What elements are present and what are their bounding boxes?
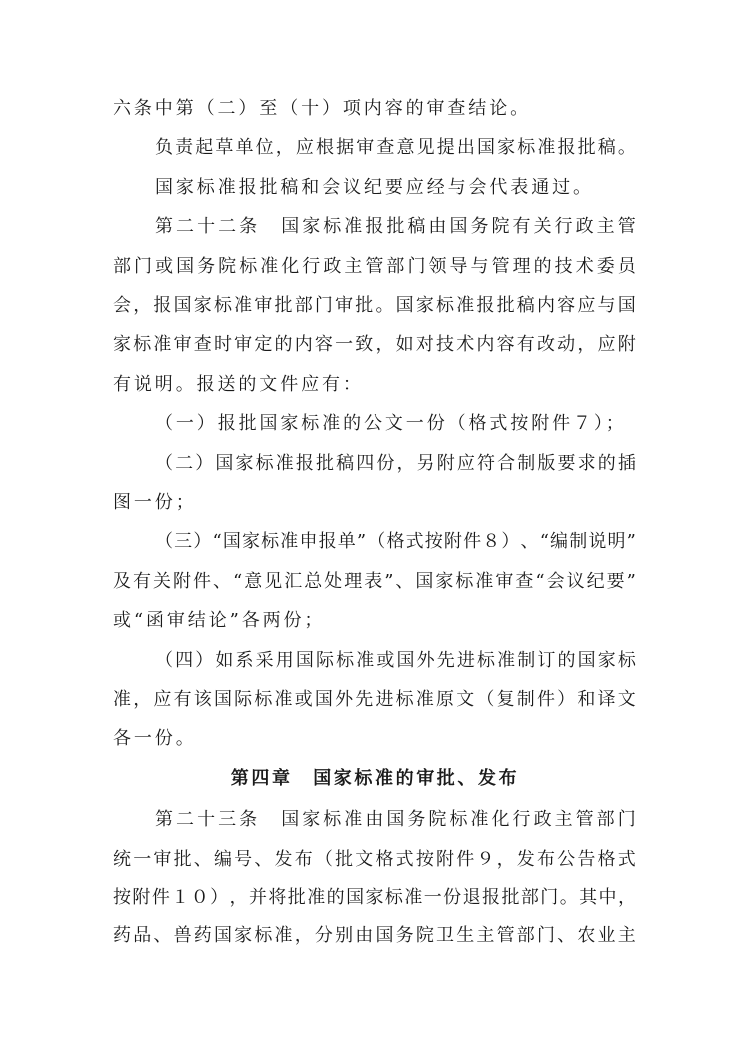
text-line: 统一审批、编号、发布（批文格式按附件９，发布公告格式 xyxy=(113,848,636,872)
text-line: 图一份； xyxy=(113,491,636,515)
text-line: 家标准审查时审定的内容一致，如对技术内容有改动，应附 xyxy=(113,333,636,357)
text-line: 国家标准报批稿和会议纪要应经与会代表通过。 xyxy=(113,176,636,200)
list-item-4: （四）如系采用国际标准或国外先进标准制订的国家标 xyxy=(113,649,636,673)
article-22-line: 第二十二条 国家标准报批稿由国务院有关行政主管 xyxy=(113,215,636,239)
text-line: 六条中第（二）至（十）项内容的审查结论。 xyxy=(113,97,636,121)
text-line: 准，应有该国际标准或国外先进标准原文（复制件）和译文 xyxy=(113,688,636,712)
text-line: 药品、兽药国家标准，分别由国务院卫生主管部门、农业主 xyxy=(113,924,636,948)
article-23-line: 第二十三条 国家标准由国务院标准化行政主管部门 xyxy=(113,808,636,832)
text-line: 各一份。 xyxy=(113,727,636,751)
text-line: 会，报国家标准审批部门审批。国家标准报批稿内容应与国 xyxy=(113,294,636,318)
text-line: 按附件１０），并将批准的国家标准一份退报批部门。其中， xyxy=(113,886,636,910)
list-item-1: （一）报批国家标准的公文一份（格式按附件７）； xyxy=(113,412,636,436)
document-page: 六条中第（二）至（十）项内容的审查结论。 负责起草单位，应根据审查意见提出国家标… xyxy=(0,0,750,1060)
text-line: 及有关附件、“意见汇总处理表”、国家标准审查“会议纪要” xyxy=(113,570,636,594)
text-line: 有说明。报送的文件应有： xyxy=(113,373,636,397)
text-line: 部门或国务院标准化行政主管部门领导与管理的技术委员 xyxy=(113,255,636,279)
chapter-heading: 第四章 国家标准的审批、发布 xyxy=(0,767,750,791)
text-line: 负责起草单位，应根据审查意见提出国家标准报批稿。 xyxy=(113,136,636,160)
list-item-2: （二）国家标准报批稿四份，另附应符合制版要求的插 xyxy=(113,452,636,476)
list-item-3: （三）“国家标准申报单”（格式按附件８）、“编制说明” xyxy=(113,530,636,554)
text-line: 或“函审结论”各两份； xyxy=(113,609,636,633)
